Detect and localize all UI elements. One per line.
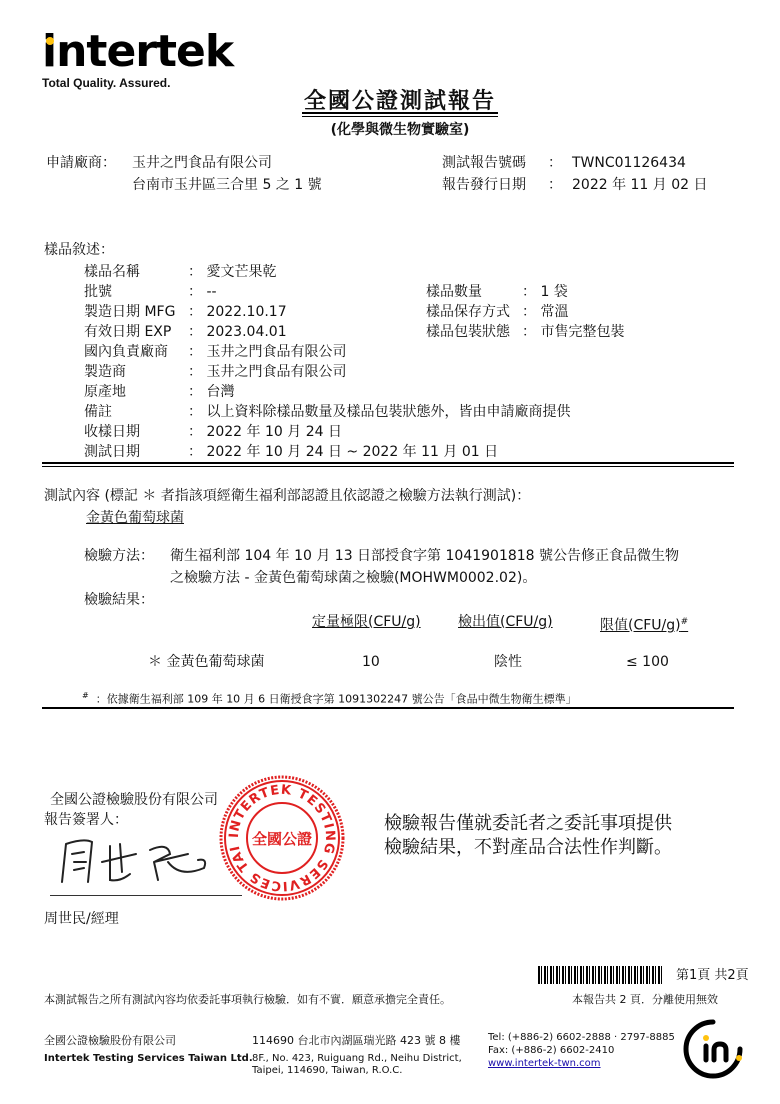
- sample-field-value: ： 1 袋: [522, 282, 568, 302]
- header-detected: 檢出值(CFU/g): [458, 612, 553, 632]
- footer-website-link[interactable]: www.intertek-twn.com: [488, 1057, 601, 1070]
- title-underline: [302, 112, 498, 117]
- sample-field-value: ： --: [188, 282, 217, 302]
- sample-field-label: 有效日期 EXP: [84, 322, 171, 342]
- row-limit: ≤ 100: [626, 652, 669, 672]
- header-limit-text: 限值(CFU/g): [600, 618, 681, 634]
- sample-field-value: ： 2022.10.17: [188, 302, 287, 322]
- sample-field-value: ： 2022 年 10 月 24 日 ~ 2022 年 11 月 01 日: [188, 442, 498, 462]
- result-label: 檢驗結果：: [84, 590, 154, 610]
- report-title: 全國公證測試報告: [302, 84, 498, 115]
- sample-field-label: 原產地: [84, 382, 126, 402]
- sample-field-value: ： 玉井之門食品有限公司: [188, 362, 346, 382]
- disclaimer-line-2: 檢驗結果，不對產品合法性作判斷。: [384, 836, 672, 860]
- logo-wordmark: intertek: [42, 30, 233, 74]
- batch-value: --: [206, 284, 216, 300]
- sample-field-value: ： 愛文芒果乾: [188, 262, 276, 282]
- remarks-value: 以上資料除樣品數量及樣品包裝狀態外，皆由申請廠商提供: [206, 404, 570, 420]
- intertek-in-logo-icon: [682, 1018, 744, 1080]
- logo-dot-icon: [46, 37, 54, 45]
- row-detected: 陰性: [494, 652, 522, 672]
- mfg-value: 2022.10.17: [206, 304, 286, 320]
- test-item-title: 金黃色葡萄球菌: [86, 508, 184, 528]
- exp-value: 2023.04.01: [206, 324, 286, 340]
- footer-company-zh: 全國公證檢驗股份有限公司: [44, 1033, 176, 1048]
- method-line-1: 衛生福利部 104 年 10 月 13 日部授食字第 1041901818 號公…: [170, 546, 679, 566]
- sample-field-label: 測試日期: [84, 442, 140, 462]
- applicant-name: 玉井之門食品有限公司: [132, 153, 272, 173]
- sample-field-value: ： 以上資料除樣品數量及樣品包裝狀態外，皆由申請廠商提供: [188, 402, 570, 422]
- sample-name-value: 愛文芒果乾: [206, 264, 276, 280]
- method-label: 檢驗方法：: [84, 546, 154, 566]
- footer-company-en: Intertek Testing Services Taiwan Ltd.: [44, 1052, 253, 1065]
- responsibility-statement: 本測試報告之所有測試內容均依委託事項執行檢驗．如有不實．願意承擔完全責任。: [44, 992, 451, 1007]
- sample-field-label: 批號: [84, 282, 112, 302]
- origin-value: 台灣: [206, 384, 234, 400]
- footnote: # ：依據衛生福利部 109 年 10 月 6 日衛授食字第 109130224…: [82, 688, 577, 707]
- report-date-colon: ：: [548, 175, 562, 195]
- header-limit: 限值(CFU/g)#: [600, 612, 688, 636]
- test-date-value: 2022 年 10 月 24 日 ~ 2022 年 11 月 01 日: [206, 444, 498, 460]
- limit-footnote-mark: #: [681, 617, 689, 627]
- method-line-2: 之檢驗方法 - 金黃色葡萄球菌之檢驗(MOHWM0002.02)。: [170, 568, 536, 588]
- footer-address-en-2: Taipei, 114690, Taiwan, R.O.C.: [252, 1064, 402, 1077]
- sample-field-value: ： 玉井之門食品有限公司: [188, 342, 346, 362]
- signature-line: [50, 895, 242, 896]
- report-date-label: 報告發行日期: [442, 175, 526, 195]
- footer-address-zh: 114690 台北市內湖區瑞光路 423 號 8 樓: [252, 1033, 460, 1048]
- quantity-value: 1 袋: [540, 284, 567, 300]
- sample-field-label: 樣品保存方式: [426, 302, 510, 322]
- handwritten-signature: [58, 832, 218, 888]
- received-date-value: 2022 年 10 月 24 日: [206, 424, 342, 440]
- svg-text:全國公證: 全國公證: [252, 830, 312, 848]
- packaging-value: 市售完整包裝: [540, 324, 624, 340]
- report-subtitle: (化學與微生物實驗室): [310, 120, 490, 140]
- footnote-divider: [42, 707, 734, 709]
- applicant-address: 台南市玉井區三合里 5 之 1 號: [132, 175, 322, 195]
- report-number-value: TWNC01126434: [572, 153, 686, 173]
- footer-tel: Tel: (+886-2) 6602-2888 · 2797-8885: [488, 1031, 675, 1044]
- storage-value: 常溫: [540, 304, 568, 320]
- company-stamp: INTERTEK TESTING SERVICES TAIWAN LTD. 全國…: [218, 774, 346, 902]
- signer-name-title: 周世民/經理: [44, 909, 119, 929]
- pages-note: 本報告共 2 頁．分離使用無效: [572, 992, 718, 1007]
- report-number-colon: ：: [548, 153, 562, 173]
- sample-field-value: ： 2022 年 10 月 24 日: [188, 422, 342, 442]
- row-loq: 10: [362, 652, 380, 672]
- report-number-label: 測試報告號碼: [442, 153, 526, 173]
- manufacturer-value: 玉井之門食品有限公司: [206, 364, 346, 380]
- header-loq: 定量極限(CFU/g): [312, 612, 421, 632]
- sample-field-label: 國內負責廠商: [84, 342, 168, 362]
- sample-field-label: 樣品數量: [426, 282, 482, 302]
- barcode: [538, 966, 662, 984]
- section-divider: [42, 462, 734, 467]
- sample-field-value: ： 市售完整包裝: [522, 322, 624, 342]
- sample-field-label: 製造日期 MFG: [84, 302, 175, 322]
- page-number: 第1頁 共2頁: [676, 966, 749, 985]
- footnote-text: ：依據衛生福利部 109 年 10 月 6 日衛授食字第 1091302247 …: [96, 693, 577, 706]
- domestic-responsible-value: 玉井之門食品有限公司: [206, 344, 346, 360]
- row-item: ＊ 金黃色葡萄球菌: [148, 652, 264, 672]
- intertek-logo: intertek Total Quality. Assured.: [42, 30, 212, 100]
- sample-heading: 樣品敘述：: [44, 240, 114, 260]
- footer-fax: Fax: (+886-2) 6602-2410: [488, 1044, 614, 1057]
- footnote-mark: #: [82, 691, 89, 700]
- sample-field-label: 製造商: [84, 362, 126, 382]
- sample-field-value: ： 常溫: [522, 302, 568, 322]
- sample-field-value: ： 台灣: [188, 382, 234, 402]
- sample-field-label: 備註: [84, 402, 112, 422]
- disclaimer-line-1: 檢驗報告僅就委託者之委託事項提供: [384, 812, 672, 836]
- applicant-label: 申請廠商：: [46, 153, 116, 173]
- signature-icon: [58, 832, 218, 888]
- stamp-seal-icon: INTERTEK TESTING SERVICES TAIWAN LTD. 全國…: [218, 774, 346, 902]
- disclaimer: 檢驗報告僅就委託者之委託事項提供 檢驗結果，不對產品合法性作判斷。: [384, 812, 672, 860]
- signer-label: 報告簽署人：: [44, 810, 128, 830]
- sample-field-label: 樣品包裝狀態: [426, 322, 510, 342]
- signing-company: 全國公證檢驗股份有限公司: [50, 790, 218, 810]
- test-content-heading: 測試內容 (標記 ＊ 者指該項經衛生福利部認證且依認證之檢驗方法執行測試)：: [44, 486, 530, 506]
- sample-field-label: 收樣日期: [84, 422, 140, 442]
- sample-field-value: ： 2023.04.01: [188, 322, 287, 342]
- sample-field-label: 樣品名稱: [84, 262, 140, 282]
- logo-tagline: Total Quality. Assured.: [42, 76, 170, 90]
- report-date-value: 2022 年 11 月 02 日: [572, 175, 708, 195]
